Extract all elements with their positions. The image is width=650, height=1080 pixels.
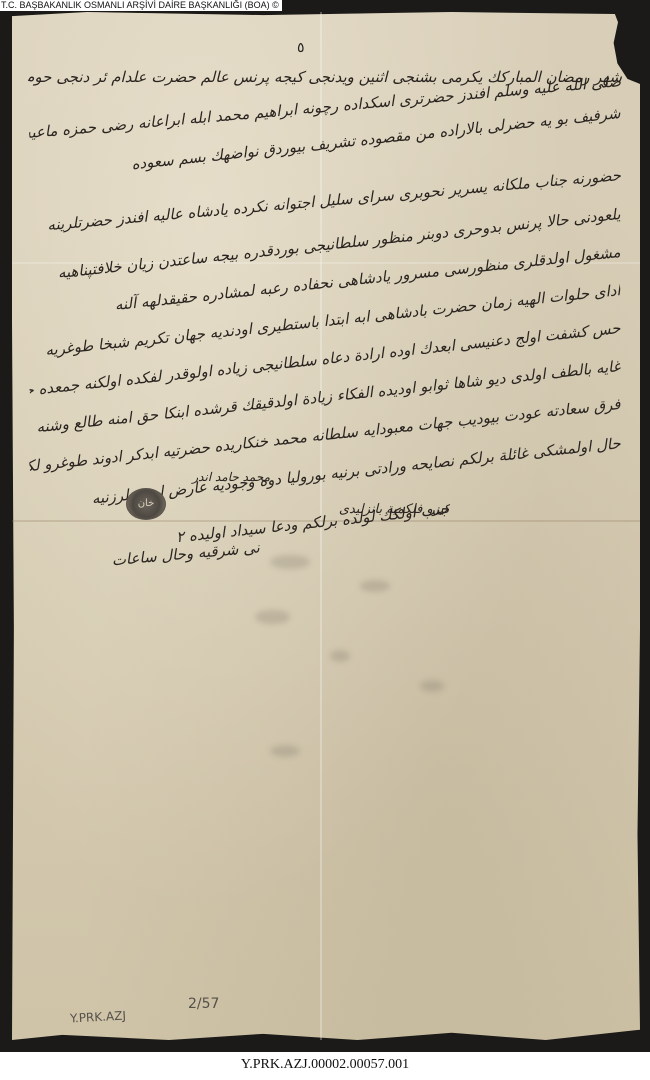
folio-pencil-note: 2/57 xyxy=(188,996,219,1012)
archive-watermark: T.C. BAŞBAKANLIK OSMANLI ARŞİVİ DAİRE BA… xyxy=(0,0,282,11)
ink-smudge xyxy=(330,650,350,662)
ink-smudge xyxy=(360,580,390,592)
ink-smudge xyxy=(255,610,290,624)
archive-reference: Y.PRK.AZJ.00002.00057.001 xyxy=(0,1052,650,1080)
page-number-mark: ٥ xyxy=(297,40,305,56)
ink-smudge xyxy=(420,680,444,692)
seal-inscription: خان xyxy=(127,489,165,519)
ink-smudge xyxy=(270,555,310,569)
catalog-pencil-note: Y.PRK.AZJ xyxy=(70,1009,127,1026)
signature-line: محمد حامد اندر xyxy=(90,470,270,484)
official-seal: خان xyxy=(126,488,166,520)
ink-smudge xyxy=(270,745,300,757)
